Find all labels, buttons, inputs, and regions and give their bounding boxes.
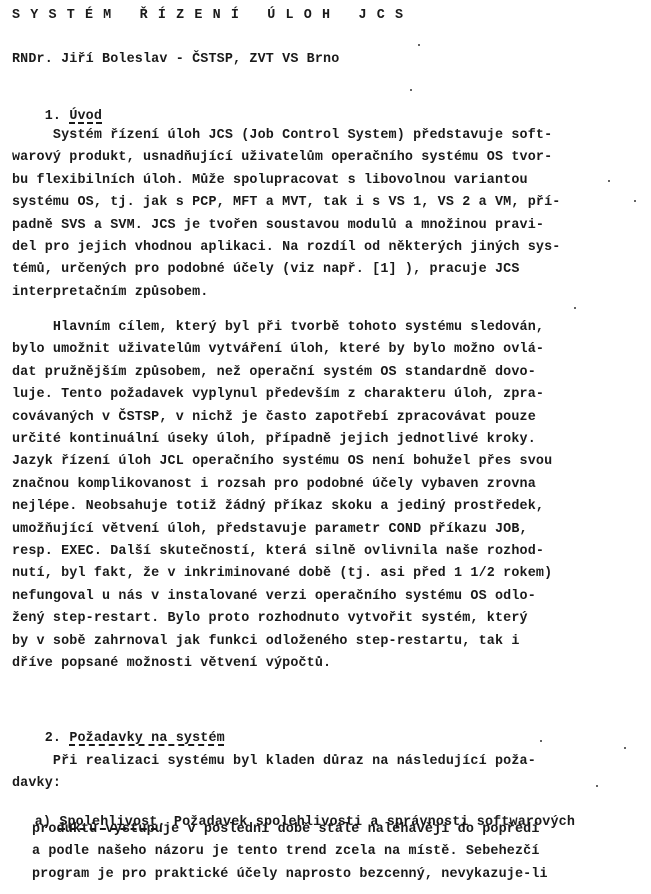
text-line: bu flexibilních úloh. Může spolupracovat… [12,173,528,188]
text-line: nejlépe. Neobsahuje totiž žádný příkaz s… [12,499,544,514]
text-line: interpretačním způsobem. [12,285,208,300]
text-line: nefungoval u nás v instalované verzi ope… [12,589,536,604]
scan-speck [418,44,420,46]
document-page: SYSTÉM ŘÍZENÍ ÚLOH JCS RNDr. Jiří Bolesl… [0,0,651,894]
scan-speck [574,307,576,309]
text-line: Systém řízení úloh JCS (Job Control Syst… [12,128,552,143]
section-1-title: Úvod [69,109,102,124]
scan-speck [634,200,636,202]
text-line: systému OS, tj. jak s PCP, MFT a MVT, ta… [12,195,560,210]
text-line: Při realizaci systému byl kladen důraz n… [12,754,536,769]
text-line: určité kontinuální úseky úloh, případně … [12,432,536,447]
text-line: resp. EXEC. Další skutečností, která sil… [12,544,544,559]
text-line: produktů vystupuje v poslední době stále… [32,822,540,837]
text-line: covávaných v ČSTSP, v nichž je často zap… [12,410,536,425]
text-line: warový produkt, usnadňující uživatelům o… [12,150,552,165]
text-line: Jazyk řízení úloh JCL operačního systému… [12,454,552,469]
section-1-number: 1. [45,109,61,124]
text-line: a podle našeho názoru je tento trend zce… [32,844,540,859]
text-line: by v sobě zahrnoval jak funkci odloženéh… [12,634,520,649]
scan-speck [596,785,598,787]
text-line: umožňující větvení úloh, představuje par… [12,522,528,537]
text-line: dat pružnějším způsobem, než operační sy… [12,365,536,380]
text-line: luje. Tento požadavek vyplynul především… [12,387,544,402]
document-title: SYSTÉM ŘÍZENÍ ÚLOH JCS [12,8,413,23]
scan-speck [410,89,412,91]
text-line: značnou komplikovanost i rozsah pro podo… [12,477,536,492]
text-line: padně SVS a SVM. JCS je tvořen soustavou… [12,218,544,233]
text-line: dříve popsané možnosti větvení výpočtů. [12,656,331,671]
text-line: nutí, byl fakt, že v inkriminované době … [12,566,552,581]
text-line: témů, určených pro podobné účely (viz na… [12,262,520,277]
text-line: žený step-restart. Bylo proto rozhodnuto… [12,611,528,626]
section-2-title: Požadavky na systém [69,731,225,746]
text-line: davky: [12,776,61,791]
text-line: del pro jejich vhodnou aplikaci. Na rozd… [12,240,560,255]
section-2-number: 2. [45,731,61,746]
scan-speck [624,747,626,749]
text-line: Hlavním cílem, který byl při tvorbě toho… [12,320,544,335]
text-line: program je pro praktické účely naprosto … [32,867,548,882]
scan-speck [540,740,542,742]
text-line: bylo umožnit uživatelům vytváření úloh, … [12,342,544,357]
scan-speck [608,180,610,182]
author-line: RNDr. Jiří Boleslav - ČSTSP, ZVT VS Brno [12,52,339,67]
